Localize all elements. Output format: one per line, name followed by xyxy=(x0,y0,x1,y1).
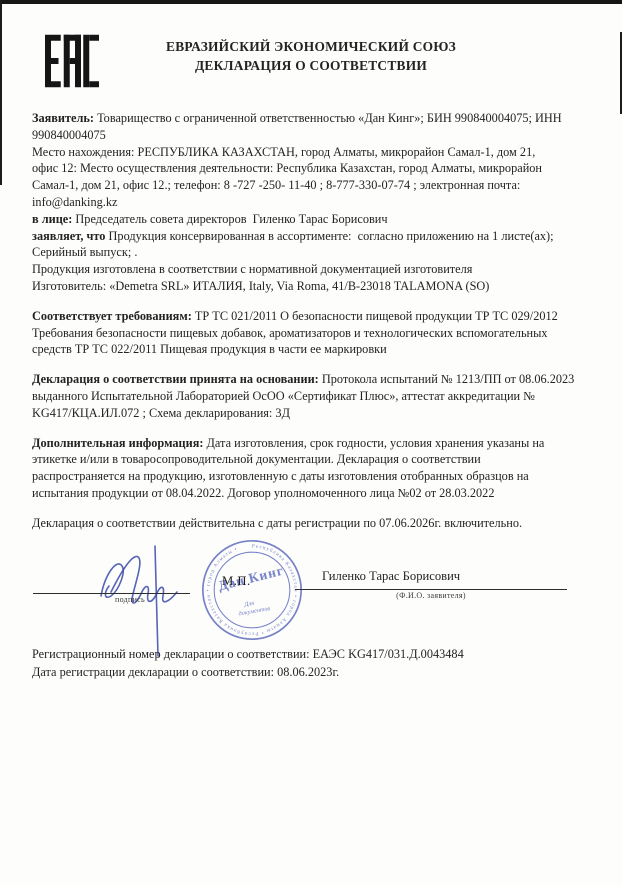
scan-edge-top xyxy=(0,0,622,4)
signature-line xyxy=(33,593,190,594)
document-line: испытания продукции от 08.04.2022. Догов… xyxy=(32,485,607,502)
document-line: в лице: Председатель совета директоров Г… xyxy=(32,211,607,228)
company-stamp: Республика Казахстан • город Алматы • Ре… xyxy=(200,538,304,642)
document-title: ЕВРАЗИЙСКИЙ ЭКОНОМИЧЕСКИЙ СОЮЗ ДЕКЛАРАЦИ… xyxy=(0,37,622,75)
document-line: 990840004075 xyxy=(32,127,607,144)
title-union: ЕВРАЗИЙСКИЙ ЭКОНОМИЧЕСКИЙ СОЮЗ xyxy=(0,37,622,56)
registration-number: Регистрационный номер декларации о соотв… xyxy=(32,646,464,664)
document-line: KG417/КЦА.ИЛ.072 ; Схема декларирования:… xyxy=(32,405,607,422)
document-line: Изготовитель: «Demetra SRL» ИТАЛИЯ, Ital… xyxy=(32,278,607,295)
document-line: Продукция изготовлена в соответствии с н… xyxy=(32,261,607,278)
mp-seal-label: М.П. xyxy=(222,574,251,589)
fio-caption: (Ф.И.О. заявителя) xyxy=(295,591,567,600)
fio-line xyxy=(295,589,567,590)
document-line: info@danking.kz xyxy=(32,194,607,211)
document-line: этикетке и/или в товаросопроводительной … xyxy=(32,451,607,468)
document-line: Место нахождения: РЕСПУБЛИКА КАЗАХСТАН, … xyxy=(32,144,607,161)
registration-block: Регистрационный номер декларации о соотв… xyxy=(32,646,464,681)
document-body: Заявитель: Товарищество с ограниченной о… xyxy=(32,110,607,532)
document-line: средств ТР ТС 022/2011 Пищевая продукция… xyxy=(32,341,607,358)
declaration-document: ЕВРАЗИЙСКИЙ ЭКОНОМИЧЕСКИЙ СОЮЗ ДЕКЛАРАЦИ… xyxy=(0,0,622,885)
document-line: распространяется на продукцию, изготовле… xyxy=(32,468,607,485)
stamp-purpose-line2: документов xyxy=(238,605,271,617)
document-line: выданного Испытательной Лабораторией ОсО… xyxy=(32,388,607,405)
document-line: Соответствует требованиям: ТР ТС 021/201… xyxy=(32,308,607,325)
document-line: Дополнительная информация: Дата изготовл… xyxy=(32,435,607,452)
applicant-name: Гиленко Тарас Борисович xyxy=(322,569,460,584)
document-line: заявляет, что Продукция консервированная… xyxy=(32,228,607,245)
document-line: Заявитель: Товарищество с ограниченной о… xyxy=(32,110,607,127)
document-line: офис 12: Место осуществления деятельност… xyxy=(32,160,607,177)
document-line: Требования безопасности пищевых добавок,… xyxy=(32,325,607,342)
document-line: Декларация о соответствии действительна … xyxy=(32,515,607,532)
title-declaration: ДЕКЛАРАЦИЯ О СООТВЕТСТВИИ xyxy=(0,56,622,75)
signature-caption: подпись xyxy=(70,595,190,604)
scan-edge-left xyxy=(0,0,2,185)
document-line: Серийный выпуск; . xyxy=(32,244,607,261)
document-line: Декларация о соответствии принята на осн… xyxy=(32,371,607,388)
document-line: Самал-1, дом 21, офис 12.; телефон: 8 -7… xyxy=(32,177,607,194)
registration-date: Дата регистрации декларации о соответств… xyxy=(32,664,464,682)
